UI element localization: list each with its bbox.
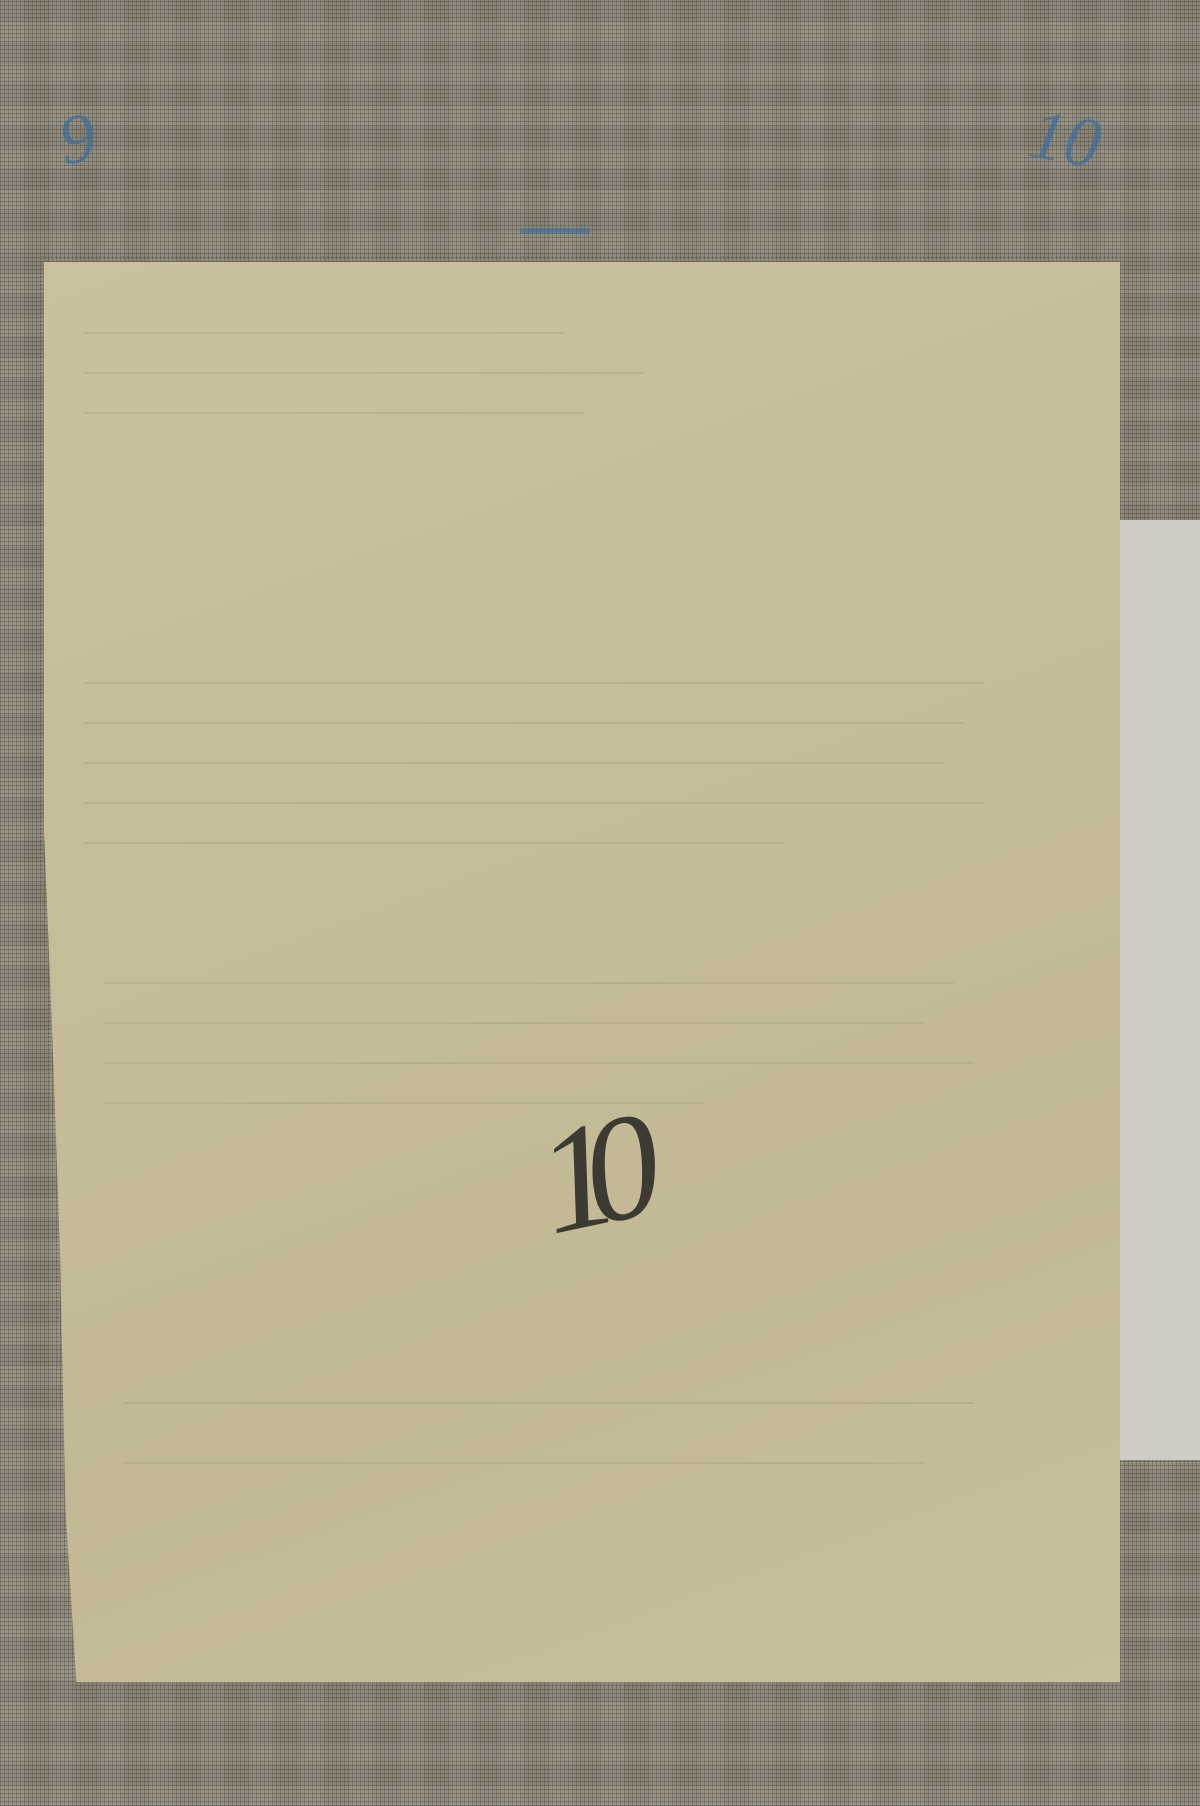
document-page xyxy=(44,262,1120,1682)
faded-text-line xyxy=(124,1402,974,1404)
corner-page-mark-left: 9 xyxy=(53,98,101,183)
faded-text-line xyxy=(124,1462,924,1464)
faded-text-line xyxy=(84,332,564,334)
faded-text-line xyxy=(104,982,954,984)
faded-text-line xyxy=(104,1022,924,1024)
faded-text-line xyxy=(84,762,944,764)
faded-text-line xyxy=(104,1062,974,1064)
faded-text-line xyxy=(84,802,984,804)
blue-pencil-dash xyxy=(520,228,590,234)
faded-text-line xyxy=(84,842,784,844)
corner-page-mark-right: 10 xyxy=(1024,95,1107,186)
faded-text-line xyxy=(84,412,584,414)
faded-text-line xyxy=(84,722,964,724)
faded-text-line xyxy=(84,682,984,684)
faded-text-line xyxy=(84,372,644,374)
